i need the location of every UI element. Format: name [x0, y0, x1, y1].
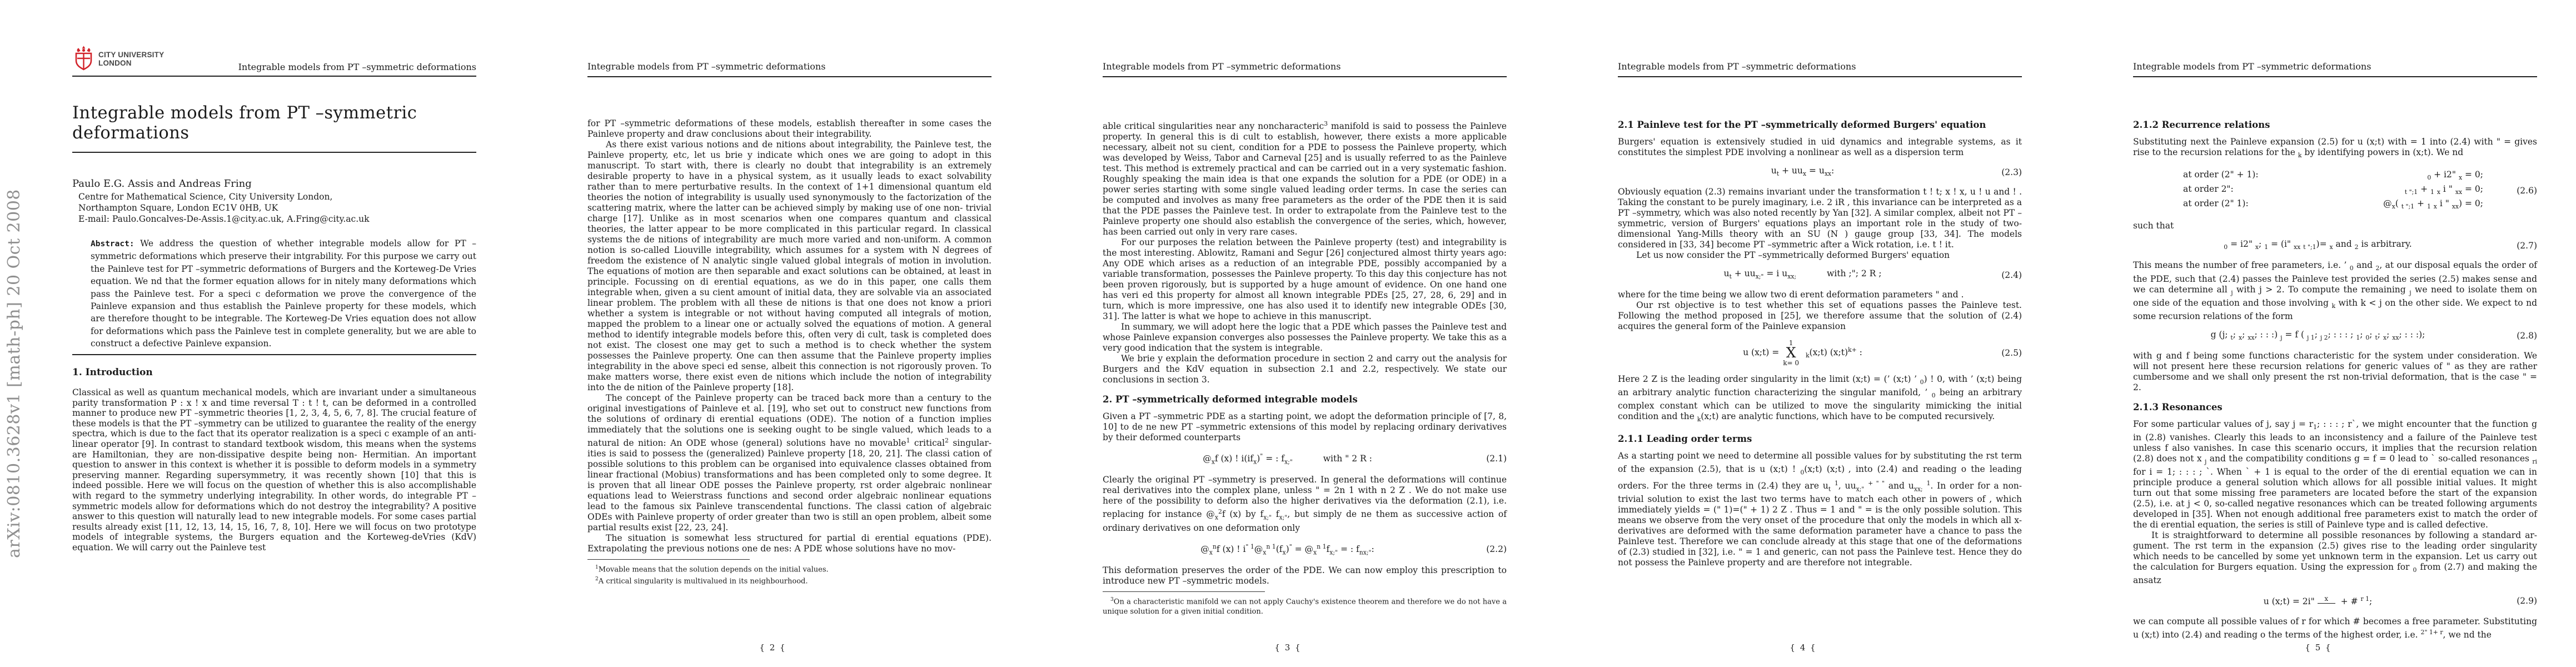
equation-post: + # r 1;: [2338, 596, 2373, 606]
equation-label: (2.6): [2503, 186, 2537, 196]
equation-label: (2.1): [1472, 454, 1507, 464]
section-heading: 2. PT –symmetrically deformed integrable…: [1103, 394, 1507, 405]
sum-lower: k= 0: [1783, 360, 1799, 366]
section-heading: 2.1.2 Recurrence relations: [2133, 120, 2537, 130]
body-paragraph: Burgers' equation is extensively studied…: [1618, 137, 2022, 158]
display-equation: ut + uux = uxx:(2.3): [1618, 166, 2022, 179]
display-equation: @xnf (x) ! i" 1@xn 1(fx)" = @xn 1fx;" = …: [1103, 541, 1507, 558]
authors: Paulo E.G. Assis and Andreas Fring: [72, 178, 252, 190]
body-paragraph: such that: [2133, 221, 2537, 231]
sum-symbol: 1Xk= 0: [1783, 340, 1799, 366]
body-paragraph: This means the number of free parameters…: [2133, 260, 2537, 321]
page-number: { 3 {: [1030, 643, 1546, 653]
body-paragraph: where for the time being we allow two di…: [1618, 290, 2022, 300]
affiliation-line: Centre for Mathematical Science, City Un…: [78, 191, 370, 202]
affiliation-block: Centre for Mathematical Science, City Un…: [78, 191, 370, 225]
section-heading: 2.1.3 Resonances: [2133, 402, 2537, 412]
equation-pre: u (x;t) =: [1743, 347, 1779, 357]
footnote: 2A critical singularity is multivalued i…: [587, 575, 991, 586]
equation-label: (2.3): [1987, 167, 2022, 178]
body-paragraph: Given a PT –symmetric PDE as a starting …: [1103, 411, 1507, 443]
fraction-denominator: [2318, 603, 2335, 609]
equation-label: (2.9): [2503, 596, 2537, 606]
body-paragraph: The situation is somewhat less structure…: [587, 533, 991, 554]
body-paragraph: As there exist various notions and de ni…: [587, 140, 991, 393]
section-heading: 2.1 Painleve test for the PT –symmetrica…: [1618, 120, 2022, 130]
body-paragraph: for PT –symmetric deformations of these …: [587, 118, 991, 140]
footnote: 3On a characteristic manifold we can not…: [1103, 595, 1507, 616]
equation-label: (2.2): [1472, 544, 1507, 555]
page-body: for PT –symmetric deformations of these …: [587, 118, 991, 586]
equation-condition: with ;"; 2 R ;: [1827, 268, 1881, 278]
logo-wordmark: CITY UNIVERSITY LONDON: [98, 51, 164, 67]
abstract: Abstract: We address the question of whe…: [91, 237, 476, 350]
equation-body: u (x;t) =1Xk= 0 k(x;t) (x;t)k+ :: [1618, 340, 1987, 366]
section-heading-introduction: 1. Introduction: [72, 367, 153, 378]
fraction: x: [2318, 595, 2335, 609]
body-paragraph: In summary, we will adopt here the logic…: [1103, 322, 1507, 354]
footnote-rule: [1103, 591, 1265, 592]
page-4: Integrable models from PT –symmetric def…: [1546, 0, 2061, 667]
body-paragraph: This deformation preserves the order of …: [1103, 565, 1507, 586]
body-paragraph: with g and f being some functions charac…: [2133, 351, 2537, 393]
affiliation-line: E-mail: Paulo.Goncalves-De-Assis.1@city.…: [78, 213, 370, 225]
display-equation: u (x;t) =1Xk= 0 k(x;t) (x;t)k+ :(2.5): [1618, 340, 2022, 366]
footnote: 1Movable means that the solution depends…: [587, 563, 991, 575]
equation-pre: u (x;t) = 2i": [2264, 596, 2315, 606]
abstract-rule: [72, 354, 476, 355]
body-paragraph: Substituting next the Painleve expansion…: [2133, 137, 2537, 161]
body-paragraph: We brie y explain the deformation proced…: [1103, 354, 1507, 385]
display-equation: @xf (x) ! i(ifx)" = : fx;"with " 2 R :(2…: [1103, 451, 1507, 467]
running-head: Integrable models from PT –symmetric def…: [587, 61, 991, 77]
equation-order: at order (2" 1):: [2183, 198, 2300, 209]
body-paragraph: Clearly the original PT –symmetry is pre…: [1103, 475, 1507, 533]
page-1: arXiv:0810.3628v1 [math-ph] 20 Oct 2008 …: [0, 0, 515, 667]
equation-line: at order (2" 1):@x( t ";1 + 1 x i " xx) …: [2133, 198, 2503, 212]
body-paragraph: able critical singularities near any non…: [1103, 118, 1507, 237]
body-paragraph: For our purposes the relation between th…: [1103, 237, 1507, 322]
equation-label: (2.8): [2503, 331, 2537, 341]
university-crest-icon: [73, 45, 94, 73]
page-body: 2.1 Painleve test for the PT –symmetrica…: [1618, 118, 2022, 568]
logo-line1: CITY UNIVERSITY: [98, 51, 164, 59]
display-equation: u (x;t) = 2i"x + # r 1;(2.9): [2133, 594, 2537, 609]
equation-body: ut + uux = uxx:: [1618, 166, 1987, 179]
equation-line: at order 2": t ";1 + 1 x i " xx = 0;: [2133, 184, 2503, 197]
page-5: Integrable models from PT –symmetric def…: [2061, 0, 2576, 667]
page-2: Integrable models from PT –symmetric def…: [515, 0, 1030, 667]
fraction-numerator: x: [2321, 595, 2331, 603]
page-number: { 4 {: [1546, 643, 2061, 653]
logo-line2: LONDON: [98, 59, 132, 67]
display-equation: ut + uux;" = i uxx;with ;"; 2 R ;(2.4): [1618, 268, 2022, 282]
page-body: 2.1.2 Recurrence relationsSubstituting n…: [2133, 118, 2537, 640]
introduction-paragraph: Classical as well as quantum mechanical …: [72, 387, 476, 553]
body-paragraph: Our rst objective is to test whether thi…: [1618, 300, 2022, 332]
equation-body: u (x;t) = 2i"x + # r 1;: [2133, 594, 2503, 609]
equation-condition: with " 2 R :: [1323, 454, 1372, 464]
university-logo: CITY UNIVERSITY LONDON: [73, 45, 164, 73]
abstract-label: Abstract:: [91, 240, 134, 248]
equation-order: at order (2" + 1):: [2183, 170, 2300, 180]
body-paragraph: The concept of the Painleve property can…: [587, 393, 991, 533]
running-head: Integrable models from PT –symmetric def…: [2133, 61, 2537, 77]
display-equation: 0 = i2" x; 1 = (i" xx t ";1)= x and 2 is…: [2133, 239, 2537, 252]
body-paragraph: It is straightforward to determine all p…: [2133, 530, 2537, 586]
equation-expression: @x( t ";1 + 1 x i " xx) = 0;: [2300, 198, 2483, 212]
equation-label: (2.5): [1987, 348, 2022, 359]
body-paragraph: Here 2 Z is the leading order singularit…: [1618, 374, 2022, 425]
page-3: Integrable models from PT –symmetric def…: [1030, 0, 1546, 667]
equation-post: k(x;t) (x;t)k+ :: [1803, 347, 1862, 357]
equation-line: at order (2" + 1): 0 + i2" x = 0;: [2133, 170, 2503, 183]
arxiv-watermark: arXiv:0810.3628v1 [math-ph] 20 Oct 2008: [4, 104, 32, 643]
equation-expression: 0 + i2" x = 0;: [2300, 170, 2483, 183]
affiliation-line: Northampton Square, London EC1V 0HB, UK: [78, 202, 370, 213]
equation-body: ut + uux;" = i uxx;with ;"; 2 R ;: [1618, 268, 1987, 282]
running-head: Integrable models from PT –symmetric def…: [1618, 61, 2022, 77]
equation-expression: t ";1 + 1 x i " xx = 0;: [2300, 184, 2483, 197]
page-number: { 2 {: [515, 643, 1030, 653]
sum-sigma: X: [1786, 346, 1796, 360]
running-head: Integrable models from PT –symmetric def…: [238, 62, 476, 72]
equation-body: at order (2" + 1): 0 + i2" x = 0;at orde…: [2133, 168, 2503, 213]
page-header: CITY UNIVERSITY LONDON Integrable models…: [72, 46, 476, 77]
body-paragraph: For some particular values of j, say j =…: [2133, 419, 2537, 530]
equation-order: at order 2":: [2183, 184, 2300, 195]
equation-label: (2.7): [2503, 241, 2537, 251]
equation-body: g (j; t; x; xx; : : :) j = f ( j 1; j 2;…: [2133, 330, 2503, 343]
section-heading: 2.1.1 Leading order terms: [1618, 434, 2022, 444]
body-paragraph: we can compute all possible values of r …: [2133, 616, 2537, 640]
equation-label: (2.4): [1987, 270, 2022, 281]
body-paragraph: Let us now consider the PT –symmetricall…: [1618, 250, 2022, 261]
body-paragraph: Obviously equation (2.3) remains invaria…: [1618, 187, 2022, 250]
paper-title: Integrable models from PT –symmetric def…: [72, 103, 476, 153]
display-equation: at order (2" + 1): 0 + i2" x = 0;at orde…: [2133, 168, 2537, 213]
body-paragraph: As a starting point we need to determine…: [1618, 451, 2022, 568]
equation-body: @xf (x) ! i(ifx)" = : fx;"with " 2 R :: [1103, 451, 1472, 467]
footnote-rule: [587, 559, 750, 560]
equation-body: 0 = i2" x; 1 = (i" xx t ";1)= x and 2 is…: [2133, 239, 2503, 252]
display-equation: g (j; t; x; xx; : : :) j = f ( j 1; j 2;…: [2133, 330, 2537, 343]
equation-body: @xnf (x) ! i" 1@xn 1(fx)" = @xn 1fx;" = …: [1103, 541, 1472, 558]
running-head: Integrable models from PT –symmetric def…: [1103, 61, 1507, 77]
abstract-text: We address the question of whether integ…: [91, 238, 476, 349]
page-number: { 5 {: [2061, 643, 2576, 653]
page-body: able critical singularities near any non…: [1103, 118, 1507, 616]
